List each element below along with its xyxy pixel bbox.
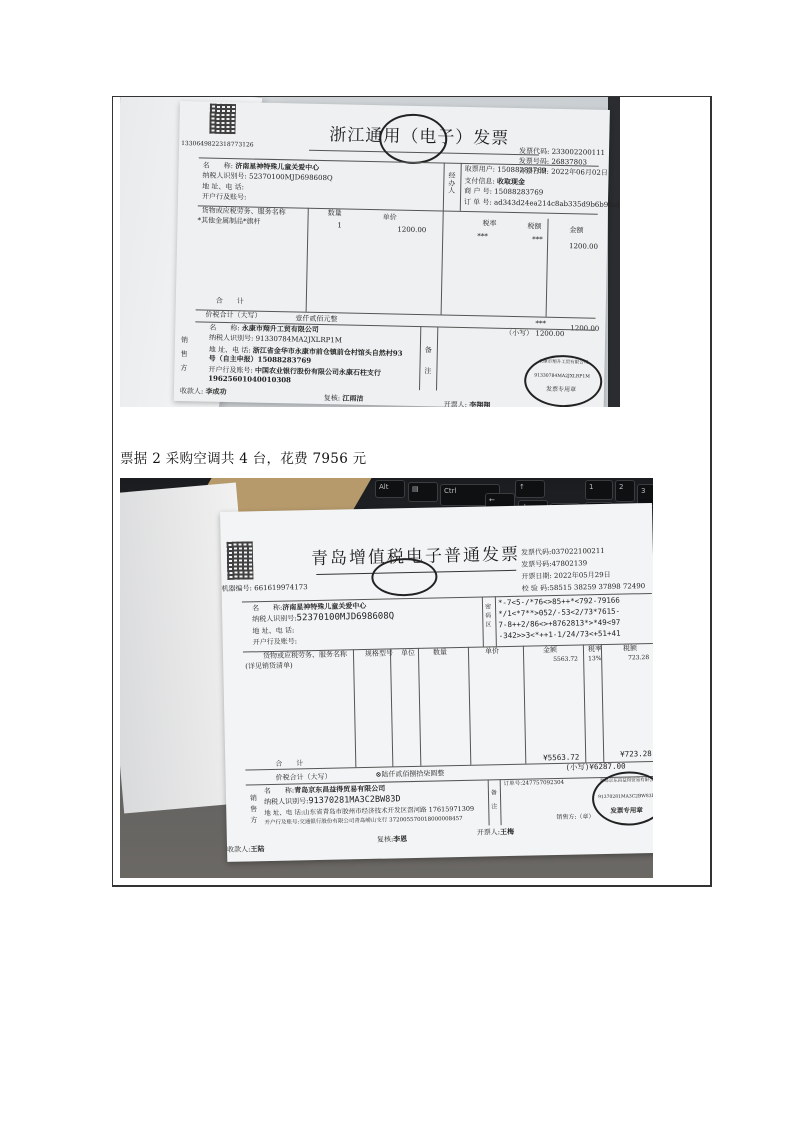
keyboard-key: 2 bbox=[615, 480, 635, 502]
invoice-code: 037022100211 bbox=[551, 547, 605, 556]
item-qty: 1 bbox=[337, 222, 342, 230]
item-tax-rate: 13% bbox=[588, 656, 601, 663]
sum-in-figures: (小写)¥6287.00 bbox=[565, 762, 625, 774]
invoice-id: 1330649822318773126 bbox=[181, 141, 254, 149]
invoice-date: 2022年06月02日 bbox=[551, 168, 608, 177]
keyboard-key: ↑ bbox=[515, 480, 545, 498]
reviewer: 江雨洁 bbox=[342, 393, 363, 402]
agent-label: 经办人 bbox=[448, 173, 456, 196]
keyboard-key: ▤ bbox=[408, 482, 438, 502]
keyboard-key: 1 bbox=[585, 480, 613, 500]
seller-tax-id: 91330784MA2JXLRP1M bbox=[256, 335, 343, 345]
sum-in-figures: 1200.00 bbox=[535, 329, 564, 338]
buyer-tax-id: 52370100MJD698608Q bbox=[249, 172, 333, 182]
invoice-paper-1: 1330649822318773126 浙江通用（电子）发票 发票代码: 233… bbox=[174, 101, 610, 407]
seller-label: 销售方 bbox=[180, 333, 189, 375]
item-name: *其他金属制品*旗杆 bbox=[197, 217, 260, 226]
seller-stamp: 永康市翔升工贸有限公司 91330784MA2JXLRP1M 发票专用章 bbox=[524, 354, 603, 407]
payee: 王陆 bbox=[250, 844, 264, 853]
check-code: 58515 38259 37898 72490 bbox=[549, 582, 645, 592]
tax-bureau-stamp bbox=[371, 557, 438, 596]
invoice-number: 47802139 bbox=[551, 559, 587, 568]
total-label: 合 计 bbox=[216, 298, 244, 306]
seller-bank: 交通银行股份有限公司青岛崂山支行 372005570018000008457 bbox=[299, 816, 462, 825]
invoice-date: 2022年05月29日 bbox=[554, 571, 611, 580]
buyer-tax-id: 52370100MJD698608Q bbox=[297, 611, 395, 623]
invoice-photo-1: 1330649822318773126 浙江通用（电子）发票 发票代码: 233… bbox=[120, 97, 620, 407]
invoice-paper-2: 机器编号: 661619974173 青岛增值税电子普通发票 发票代码:0370… bbox=[220, 503, 653, 862]
seller-name: 永康市翔升工贸有限公司 bbox=[242, 323, 319, 334]
seller-tax-id: 91370281MA3C2BW83D bbox=[308, 794, 400, 806]
buyer-name: 济南星神特殊儿童关爱中心 bbox=[282, 601, 366, 612]
order-number: 247757092304 bbox=[522, 780, 564, 787]
item-name: (详见销货清单) bbox=[245, 663, 293, 672]
issuer: 李翔翔 bbox=[469, 400, 490, 407]
invoice-photo-2: Alt ▤ Ctrl ← ↑ ↓ → 1 0 2 3 机器编号: 6616199… bbox=[120, 478, 653, 878]
buyer-address-label: 地 址、电 话: bbox=[202, 183, 244, 192]
buyer-bank-label: 开户行及账号: bbox=[202, 193, 247, 202]
qr-code-icon bbox=[209, 104, 236, 135]
payment-info: 收取现金 bbox=[497, 177, 525, 187]
item-amount: 1200.00 bbox=[569, 243, 598, 251]
item-amount: 5563.72 bbox=[553, 657, 578, 664]
buyer-name: 济南星神特殊儿童关爱中心 bbox=[235, 161, 319, 172]
cipher-area: *-7<5-/*76<>85++*<792-79166 */1<*7**>052… bbox=[498, 596, 621, 642]
total-tax: ¥723.28 bbox=[620, 749, 652, 761]
remark-label: 备注 bbox=[491, 786, 500, 815]
item-tax: 723.28 bbox=[628, 655, 649, 662]
seller-address: 山东省青岛市胶州市经济技术开发区滘河路 17615971309 bbox=[303, 805, 474, 817]
keyboard-key: Alt bbox=[375, 480, 405, 498]
order-id: ad343d24ea214c8ab335d9b6b9fad89a bbox=[494, 199, 620, 210]
seller-label: 销售方 bbox=[250, 793, 259, 827]
remark-label: 备注 bbox=[424, 340, 433, 382]
invoice-code: 233002200111 bbox=[552, 148, 606, 157]
qr-code-icon bbox=[227, 541, 254, 580]
receipt-2-caption: 票据 2 采购空调共 4 台，花费 7956 元 bbox=[120, 447, 366, 467]
tax-bureau-stamp bbox=[379, 113, 448, 164]
cipher-label: 密码区 bbox=[485, 602, 494, 629]
seller-name: 青岛京东昌益得贸易有限公司 bbox=[294, 784, 385, 795]
total-label: 合 计 bbox=[275, 760, 303, 768]
issuer: 王梅 bbox=[500, 827, 514, 836]
seller-stamp: 青岛京东昌益得贸易有限公司 91370281MA3C2BW83D 发票专用章 bbox=[592, 771, 653, 827]
photo-edge bbox=[608, 97, 620, 407]
payer-id: 15088283769 bbox=[497, 166, 546, 175]
sum-in-words: ⊗陆仟贰佰捌拾柒圆整 bbox=[375, 770, 444, 779]
machine-number: 661619974173 bbox=[254, 583, 308, 592]
item-price: 1200.00 bbox=[397, 227, 426, 235]
payee: 李成功 bbox=[205, 387, 226, 396]
reviewer: 李恩 bbox=[393, 834, 407, 843]
merchant-id: 15088283769 bbox=[494, 188, 543, 197]
